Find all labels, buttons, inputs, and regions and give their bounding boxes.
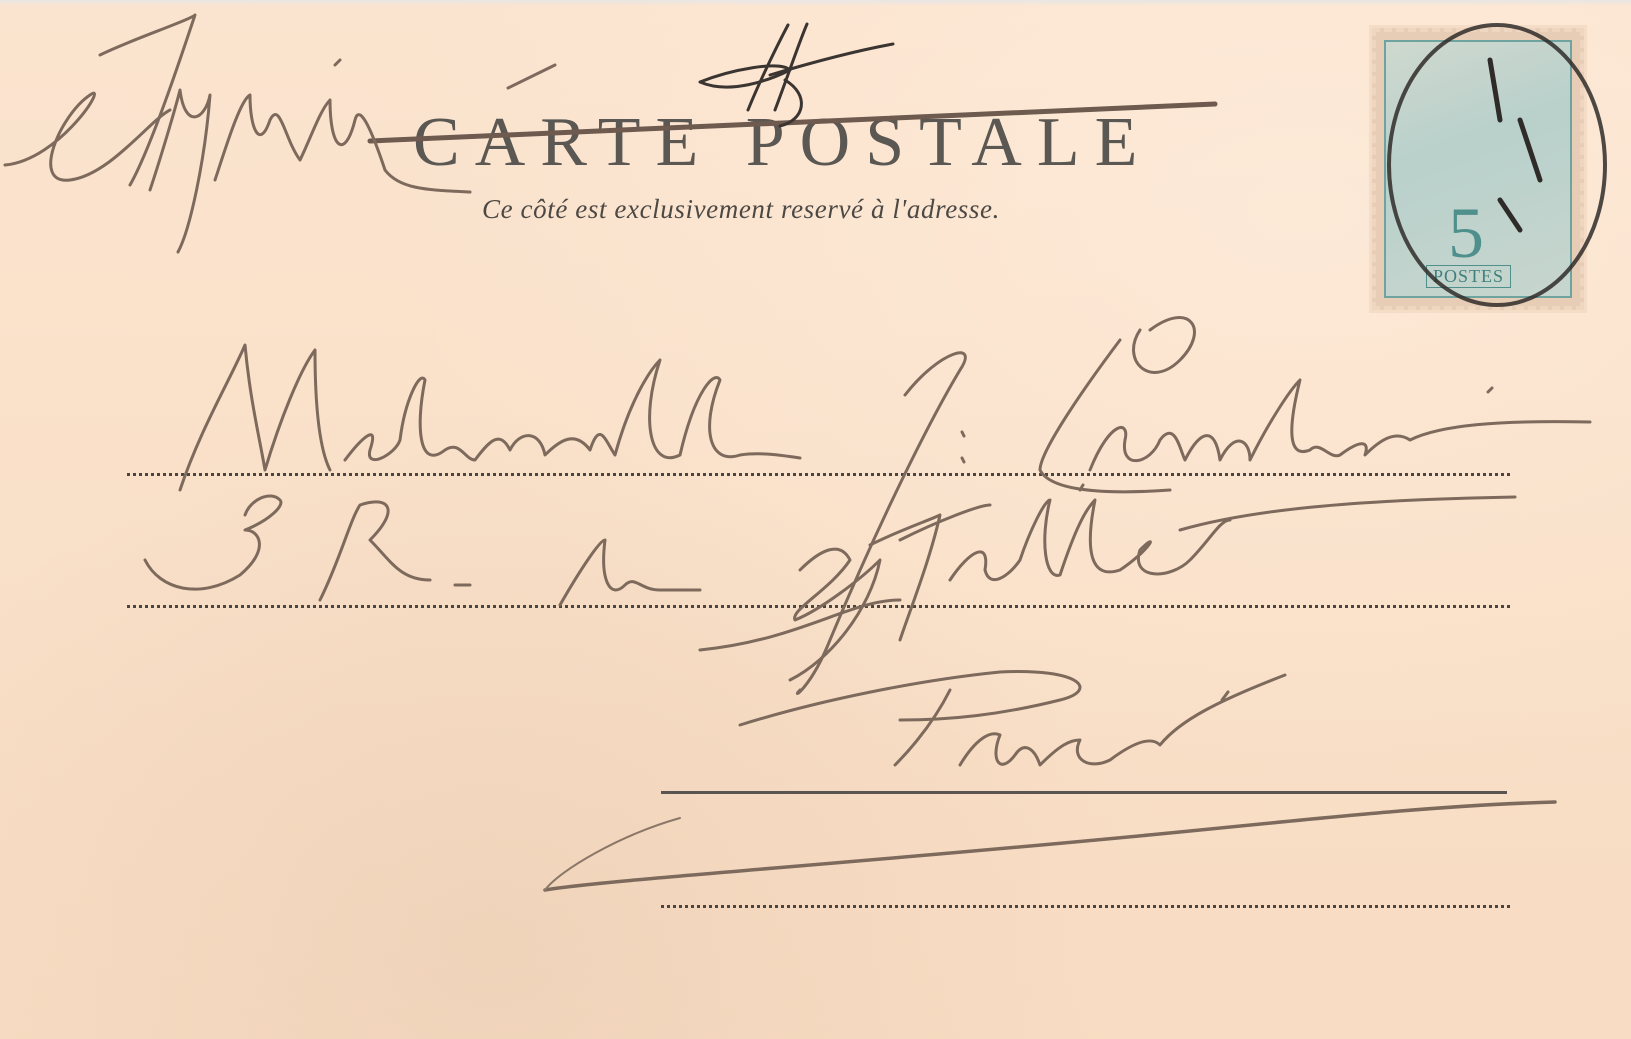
card-title: CARTE POSTALE <box>413 108 1152 178</box>
handwriting-chevalier <box>1040 318 1590 492</box>
card-edge <box>0 0 1631 6</box>
stamp-label: POSTES <box>1426 265 1511 288</box>
address-line-4 <box>661 905 1510 908</box>
card-subtitle: Ce côté est exclusivement reservé à l'ad… <box>482 194 1000 225</box>
address-line-2 <box>127 605 1510 608</box>
address-line-1 <box>127 473 1510 476</box>
handwriting-mademoiselle <box>180 345 800 490</box>
handwriting-flourish-tail <box>545 818 680 890</box>
stamp-design: 5 POSTES <box>1384 40 1572 298</box>
handwriting-paris <box>740 672 1285 765</box>
postcard-back: CARTE POSTALE Ce côté est exclusivement … <box>0 0 1631 1039</box>
handwriting-flourish <box>545 802 1555 890</box>
postage-stamp: 5 POSTES <box>1372 28 1584 310</box>
stamp-value: 5 <box>1448 192 1484 275</box>
handwriting-initial-j <box>797 353 965 694</box>
address-line-3 <box>661 791 1507 794</box>
handwriting-street <box>145 485 1515 680</box>
